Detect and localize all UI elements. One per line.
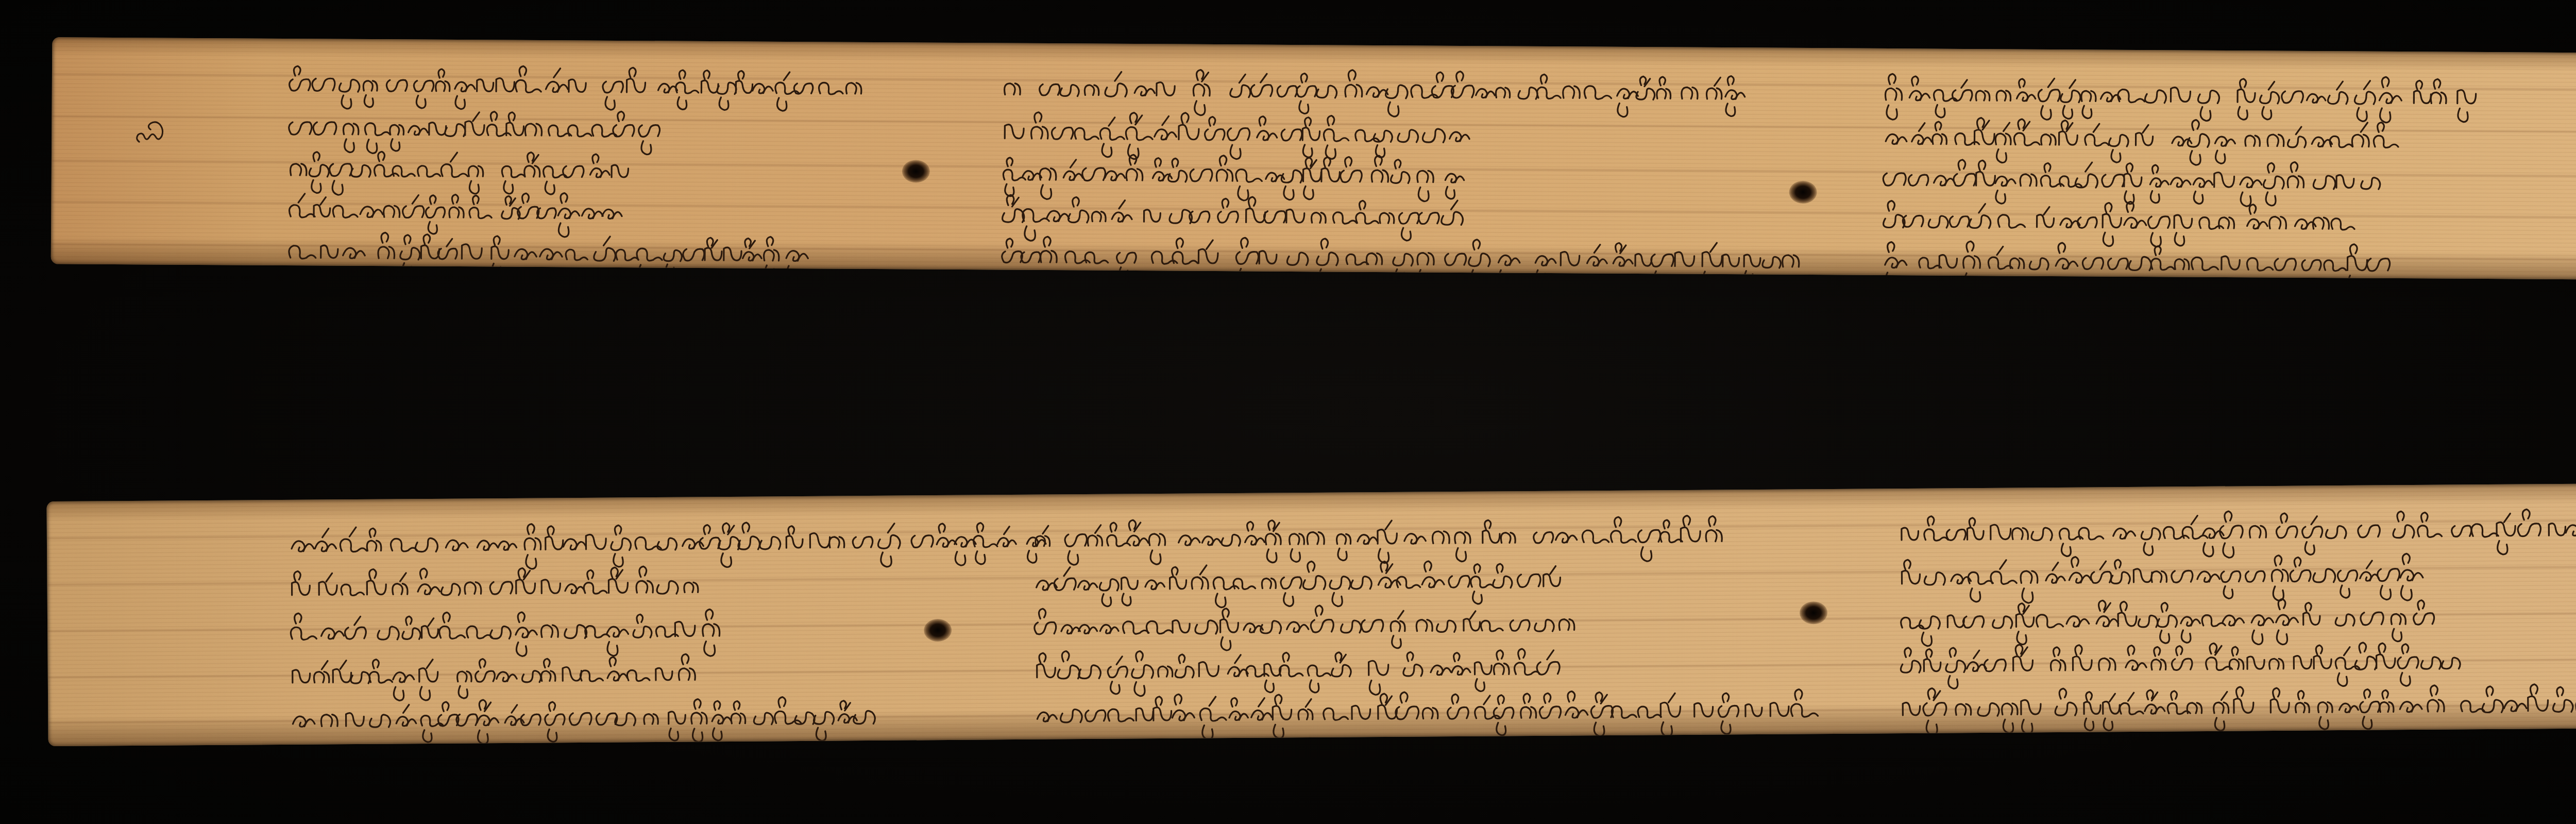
script-line: [1883, 159, 2380, 207]
script-line: [1883, 200, 2354, 248]
script-line: [1036, 560, 1560, 609]
script-line: [1885, 74, 2476, 123]
script-line: [292, 566, 698, 596]
handwritten-script-bottom: [46, 483, 2576, 746]
palm-leaf-top: [51, 37, 2576, 280]
script-line: [1901, 642, 2460, 690]
script-line: [1885, 241, 2389, 280]
script-line: [1003, 154, 1464, 202]
script-line: [1037, 689, 1818, 741]
script-line: [1037, 648, 1560, 697]
script-line: [1902, 508, 2576, 560]
script-line: [290, 151, 628, 197]
script-line: [1902, 553, 2423, 604]
script-line: [1901, 598, 2434, 647]
page-number-mark: [129, 110, 175, 152]
script-line: [1036, 515, 1722, 565]
script-line: [289, 109, 659, 155]
script-line: [1903, 683, 2576, 735]
script-line: [293, 696, 875, 745]
script-line: [293, 654, 696, 701]
script-line: [289, 65, 861, 112]
script-line: [1886, 117, 2398, 166]
script-line: [292, 520, 1046, 571]
script-line: [289, 191, 622, 237]
script-line: [1002, 195, 1463, 243]
script-line: [1004, 68, 1745, 119]
palm-leaf-bottom: [46, 483, 2576, 746]
script-line: [1005, 112, 1469, 161]
handwritten-script-top: [51, 37, 2576, 280]
script-line: [291, 609, 720, 659]
script-line: [1035, 603, 1574, 651]
